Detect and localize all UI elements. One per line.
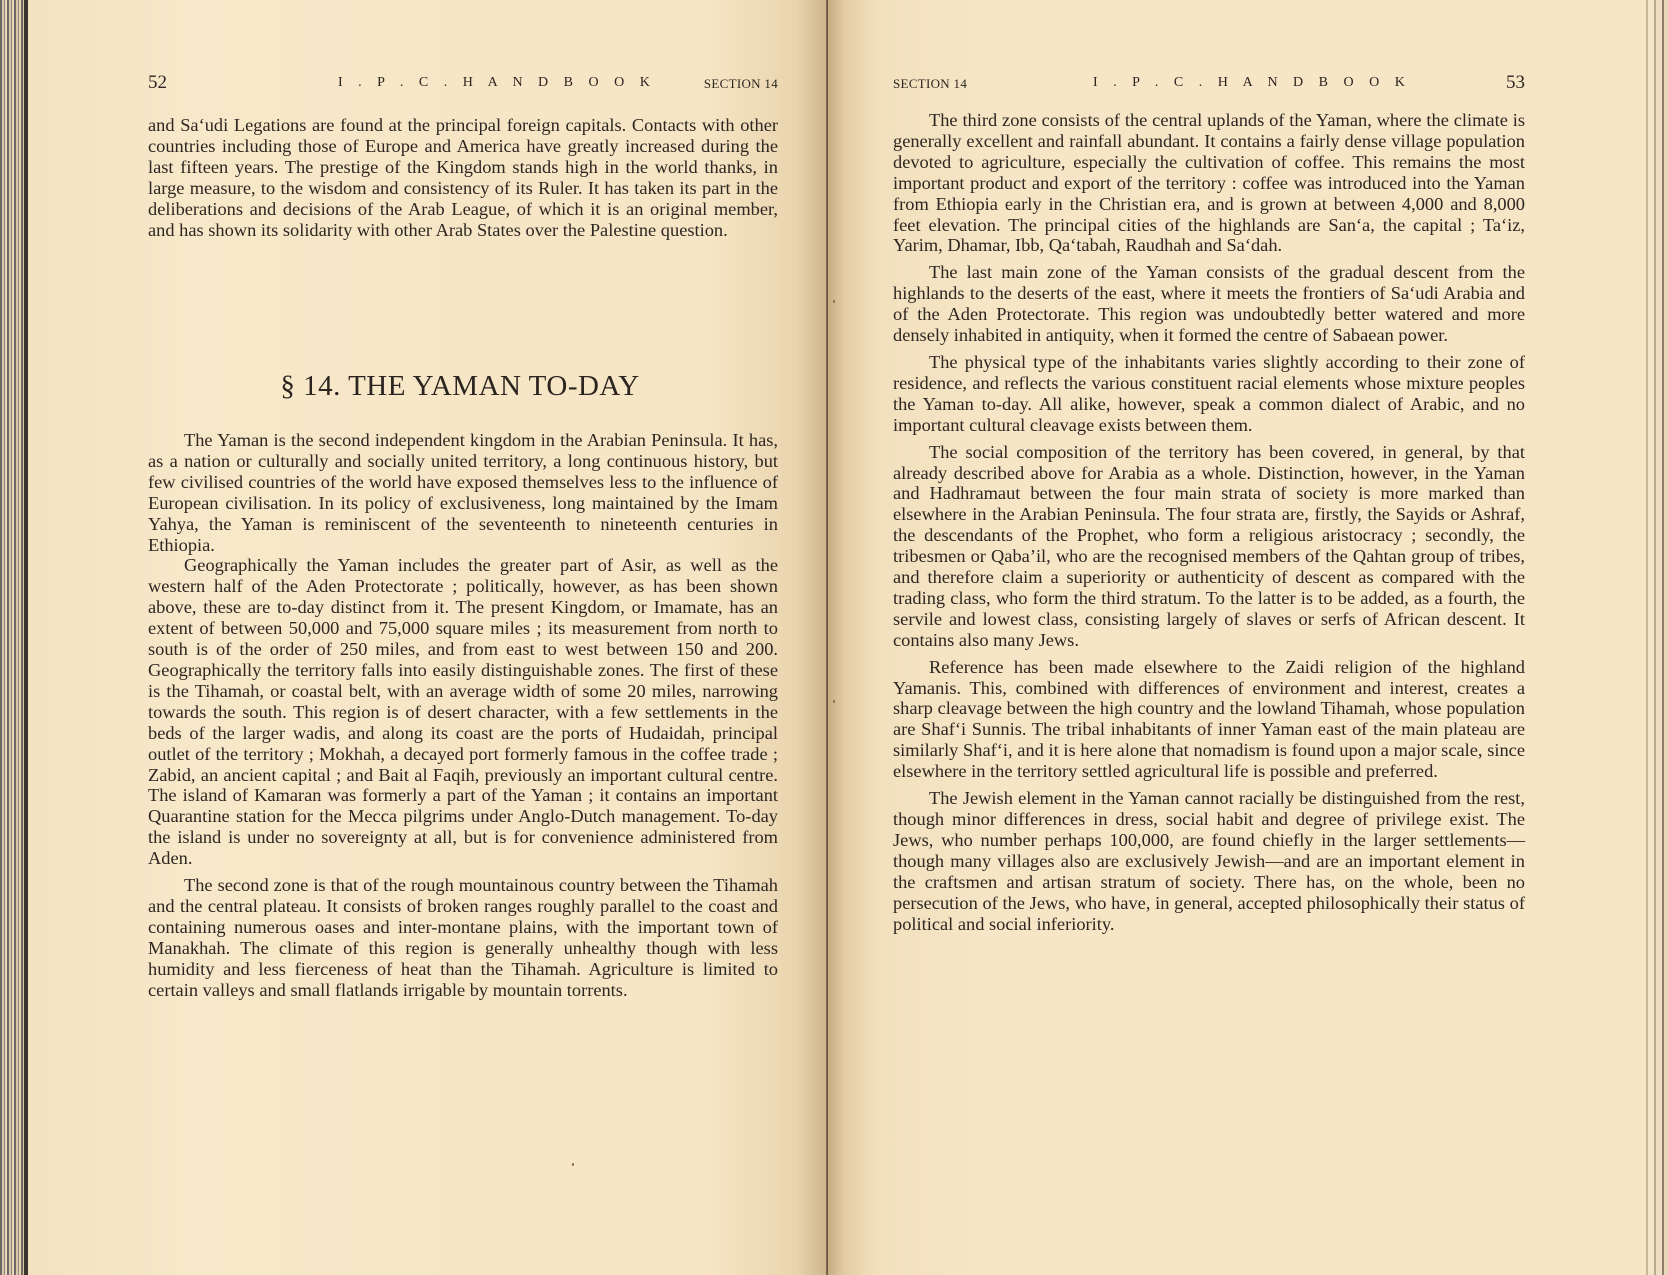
continued-paragraph: and Sa‘udi Legations are found at the pr… <box>148 115 778 240</box>
paper-speck <box>833 700 835 703</box>
right-running-title: I . P . C . H A N D B O O K <box>1093 70 1411 96</box>
page-edges-left <box>0 0 24 1275</box>
left-section-label: SECTION 14 <box>704 71 778 97</box>
right-running-head: SECTION 14 I . P . C . H A N D B O O K 5… <box>893 70 1525 96</box>
paragraph: The social composition of the territory … <box>893 442 1525 651</box>
paragraph: The Yaman is the second independent king… <box>148 430 778 555</box>
paper-speck <box>572 1163 574 1166</box>
left-page-number: 52 <box>148 70 167 96</box>
page-edges-right <box>1646 0 1668 1275</box>
book-spread: 52 I . P . C . H A N D B O O K SECTION 1… <box>0 0 1668 1275</box>
left-continued-text: and Sa‘udi Legations are found at the pr… <box>148 115 778 240</box>
left-body-text: The Yaman is the second independent king… <box>148 430 778 1000</box>
section-heading: § 14. THE YAMAN TO-DAY <box>140 370 780 403</box>
left-running-head: 52 I . P . C . H A N D B O O K SECTION 1… <box>148 70 778 96</box>
right-body-text: The third zone consists of the central u… <box>893 110 1525 934</box>
paragraph: The Jewish element in the Yaman cannot r… <box>893 788 1525 934</box>
paragraph: The third zone consists of the central u… <box>893 110 1525 256</box>
paragraph: Geographically the Yaman includes the gr… <box>148 555 778 869</box>
right-section-label: SECTION 14 <box>893 71 967 97</box>
paragraph: The physical type of the inhabitants var… <box>893 352 1525 436</box>
paper-speck <box>833 300 835 303</box>
paragraph: The last main zone of the Yaman consists… <box>893 262 1525 346</box>
right-page-number: 53 <box>1506 70 1525 96</box>
paragraph: The second zone is that of the rough mou… <box>148 875 778 1000</box>
left-running-title: I . P . C . H A N D B O O K <box>338 70 656 96</box>
paragraph: Reference has been made elsewhere to the… <box>893 657 1525 782</box>
